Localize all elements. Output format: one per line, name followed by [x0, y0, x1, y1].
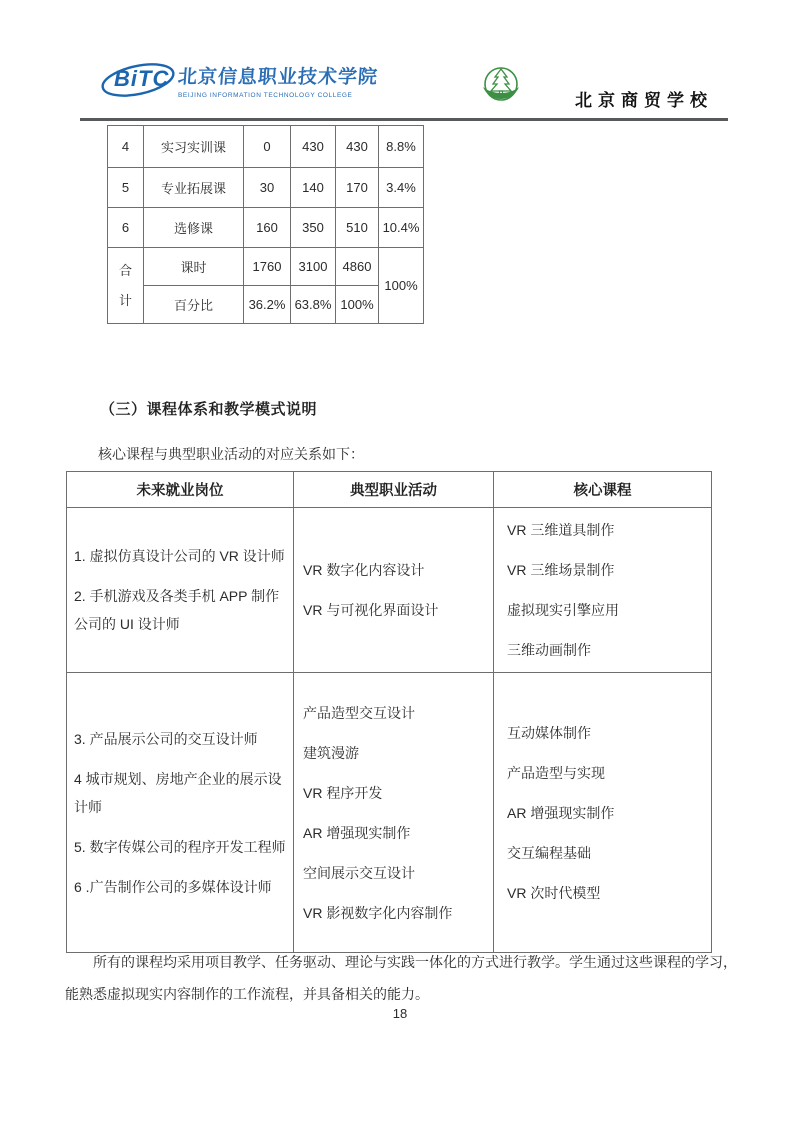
courses-cell: VR 三维道具制作 VR 三维场景制作 虚拟现实引擎应用 三维动画制作 — [494, 508, 712, 673]
course-item: 互动媒体制作 — [507, 719, 705, 747]
activities-cell: VR 数字化内容设计 VR 与可视化界面设计 — [294, 508, 494, 673]
course-item: VR 次时代模型 — [507, 879, 705, 907]
cell-percent: 63.8% — [291, 286, 336, 324]
cell-value: 510 — [336, 208, 379, 248]
cell-percent: 10.4% — [379, 208, 424, 248]
table-row-total-percent: 百分比 36.2% 63.8% 100% — [108, 286, 424, 324]
total-label: 合 计 — [108, 248, 144, 324]
cell-value: 30 — [244, 168, 291, 208]
activities-cell: 产品造型交互设计 建筑漫游 VR 程序开发 AR 增强现实制作 空间展示交互设计… — [294, 673, 494, 953]
row-no: 4 — [108, 126, 144, 168]
cell-value: 140 — [291, 168, 336, 208]
cell-percent: 100% — [336, 286, 379, 324]
tree-emblem-icon — [479, 63, 523, 111]
course-hours-table: 4 实习实训课 0 430 430 8.8% 5 专业拓展课 30 140 17… — [107, 125, 424, 324]
total-hours-label: 课时 — [144, 248, 244, 286]
column-header-courses: 核心课程 — [494, 472, 712, 508]
activity-item: VR 程序开发 — [303, 779, 487, 807]
job-item: 1. 虚拟仿真设计公司的 VR 设计师 — [74, 542, 287, 570]
cell-value: 4860 — [336, 248, 379, 286]
course-item: VR 三维道具制作 — [507, 516, 705, 544]
school-emblem — [479, 63, 523, 116]
table-row: 4 实习实训课 0 430 430 8.8% — [108, 126, 424, 168]
column-header-activities: 典型职业活动 — [294, 472, 494, 508]
activity-item: 建筑漫游 — [303, 739, 487, 767]
cell-value: 170 — [336, 168, 379, 208]
table-row: 5 专业拓展课 30 140 170 3.4% — [108, 168, 424, 208]
course-type: 选修课 — [144, 208, 244, 248]
job-item: 4 城市规划、房地产企业的展示设计师 — [74, 765, 287, 821]
closing-paragraph: 所有的课程均采用项目教学、任务驱动、理论与实践一体化的方式进行教学。学生通过这些… — [65, 946, 737, 1010]
intro-paragraph: 核心课程与典型职业活动的对应关系如下： — [98, 444, 364, 464]
job-item: 3. 产品展示公司的交互设计师 — [74, 725, 287, 753]
bitc-logo-mark: BiTC — [106, 60, 178, 100]
cell-value: 1760 — [244, 248, 291, 286]
total-percent-label: 百分比 — [144, 286, 244, 324]
column-header-jobs: 未来就业岗位 — [67, 472, 294, 508]
course-type: 实习实训课 — [144, 126, 244, 168]
bitc-en-name: BEIJING INFORMATION TECHNOLOGY COLLEGE — [178, 92, 438, 99]
section-heading: （三）课程体系和教学模式说明 — [100, 398, 317, 419]
grand-percent: 100% — [379, 248, 424, 324]
cell-percent: 3.4% — [379, 168, 424, 208]
job-item: 2. 手机游戏及各类手机 APP 制作公司的 UI 设计师 — [74, 582, 287, 638]
activity-item: 空间展示交互设计 — [303, 859, 487, 887]
jobs-cell: 3. 产品展示公司的交互设计师 4 城市规划、房地产企业的展示设计师 5. 数字… — [67, 673, 294, 953]
cell-value: 160 — [244, 208, 291, 248]
table-row-total-hours: 合 计 课时 1760 3100 4860 100% — [108, 248, 424, 286]
cell-value: 0 — [244, 126, 291, 168]
document-page: BiTC 北京信息职业技术学院 BEIJING INFORMATION TECH… — [0, 0, 800, 1131]
activity-item: 产品造型交互设计 — [303, 699, 487, 727]
cell-value: 430 — [291, 126, 336, 168]
page-number: 18 — [0, 1006, 800, 1021]
activity-item: VR 影视数字化内容制作 — [303, 899, 487, 927]
table-header-row: 未来就业岗位 典型职业活动 核心课程 — [67, 472, 712, 508]
cell-percent: 36.2% — [244, 286, 291, 324]
course-item: 虚拟现实引擎应用 — [507, 596, 705, 624]
course-item: VR 三维场景制作 — [507, 556, 705, 584]
course-item: 产品造型与实现 — [507, 759, 705, 787]
course-item: 三维动画制作 — [507, 636, 705, 664]
jobs-cell: 1. 虚拟仿真设计公司的 VR 设计师 2. 手机游戏及各类手机 APP 制作公… — [67, 508, 294, 673]
activity-item: VR 与可视化界面设计 — [303, 596, 487, 624]
job-item: 5. 数字传媒公司的程序开发工程师 — [74, 833, 287, 861]
cell-value: 430 — [336, 126, 379, 168]
course-type: 专业拓展课 — [144, 168, 244, 208]
activity-item: VR 数字化内容设计 — [303, 556, 487, 584]
bitc-names: 北京信息职业技术学院 BEIJING INFORMATION TECHNOLOG… — [178, 62, 438, 99]
course-item: AR 增强现实制作 — [507, 799, 705, 827]
table-row: 6 选修课 160 350 510 10.4% — [108, 208, 424, 248]
table-row: 1. 虚拟仿真设计公司的 VR 设计师 2. 手机游戏及各类手机 APP 制作公… — [67, 508, 712, 673]
row-no: 5 — [108, 168, 144, 208]
cell-percent: 8.8% — [379, 126, 424, 168]
row-no: 6 — [108, 208, 144, 248]
bitc-cn-name: 北京信息职业技术学院 — [177, 62, 439, 89]
cell-value: 350 — [291, 208, 336, 248]
bitc-logo: BiTC 北京信息职业技术学院 BEIJING INFORMATION TECH… — [106, 60, 178, 110]
table-row: 3. 产品展示公司的交互设计师 4 城市规划、房地产企业的展示设计师 5. 数字… — [67, 673, 712, 953]
career-course-mapping-table: 未来就业岗位 典型职业活动 核心课程 1. 虚拟仿真设计公司的 VR 设计师 2… — [66, 471, 712, 953]
courses-cell: 互动媒体制作 产品造型与实现 AR 增强现实制作 交互编程基础 VR 次时代模型 — [494, 673, 712, 953]
cell-value: 3100 — [291, 248, 336, 286]
course-item: 交互编程基础 — [507, 839, 705, 867]
school-name: 北京商贸学校 — [575, 86, 713, 111]
job-item: 6 .广告制作公司的多媒体设计师 — [74, 873, 287, 901]
header-divider — [80, 118, 728, 121]
bitc-acronym: BiTC — [114, 66, 169, 92]
activity-item: AR 增强现实制作 — [303, 819, 487, 847]
